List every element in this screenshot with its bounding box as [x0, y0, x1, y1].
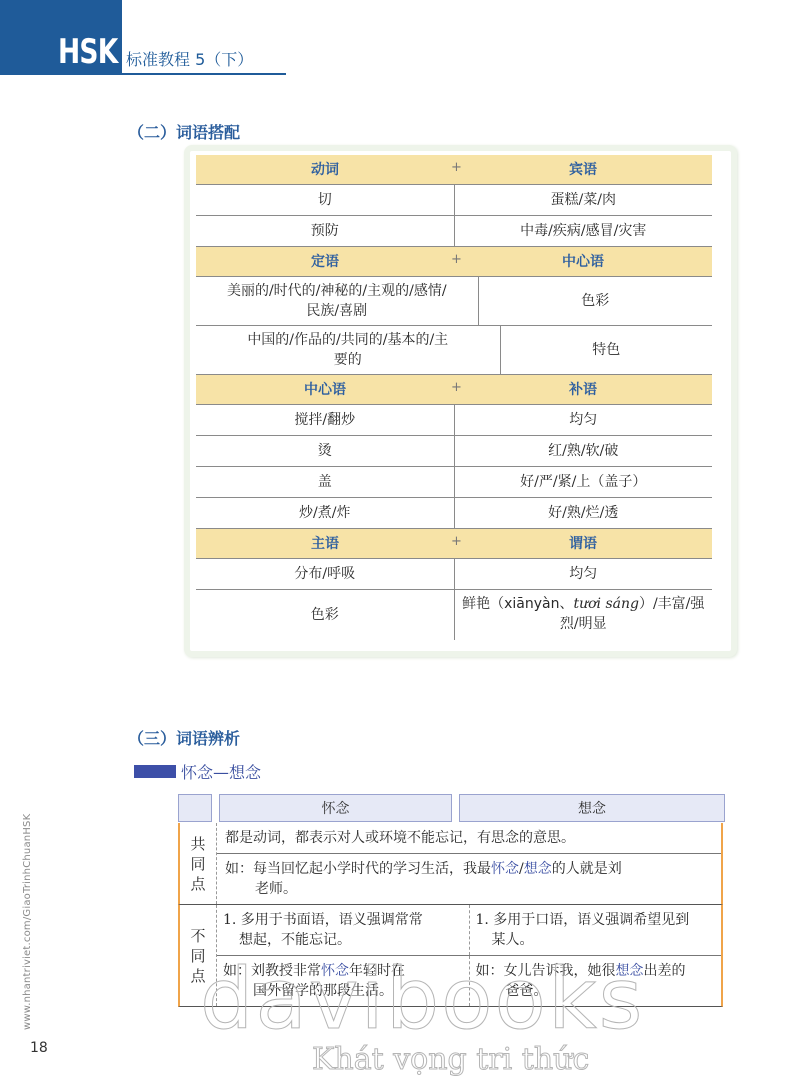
separator: 、: [559, 596, 573, 612]
cell-right: 均匀: [455, 559, 713, 589]
header-brand: HSK: [58, 32, 118, 72]
watermark-logo: davibooks: [200, 950, 644, 1048]
cell-left: 搅拌/翻炒: [196, 405, 455, 435]
desc-text: 1. 多用于书面语，语义强调常常: [223, 912, 423, 928]
vietnamese-gloss: tươi sáng: [573, 596, 639, 612]
highlight-word: 怀念: [491, 861, 519, 877]
section-title-word-analysis: （三）词语辨析: [128, 726, 240, 749]
side-url: www.nhantriviet.com/GiaoTrinhChuanHSK: [22, 814, 33, 1030]
cell-right: 色彩: [479, 277, 713, 325]
cell-left: 预防: [196, 216, 455, 246]
table-header-row: 主语 + 谓语: [196, 529, 712, 559]
table-header-row: 中心语 + 补语: [196, 375, 712, 405]
cell-left: 分布/呼吸: [196, 559, 455, 589]
header-left: 动词: [196, 160, 454, 180]
cell-left: 色彩: [196, 590, 455, 640]
subtitle-marker: [134, 765, 176, 778]
example-text: 如：每当回忆起小学时代的学习生活，我最: [225, 861, 491, 877]
table-row: 炒/煮/炸 好/熟/烂/透: [196, 498, 712, 529]
desc-text: 想起，不能忘记。: [223, 932, 351, 948]
cell-right: 特色: [501, 326, 713, 374]
header-right: 中心语: [454, 252, 712, 272]
similarity-description: 都是动词，都表示对人或环境不能忘记，有思念的意思。: [217, 823, 721, 854]
header-right: 补语: [454, 380, 712, 400]
table-header-row: 定语 + 中心语: [196, 247, 712, 277]
compare-head-left: 怀念: [219, 794, 452, 822]
label-text: 共同点: [190, 834, 206, 894]
example-text: 的人就是刘: [552, 861, 622, 877]
header-left: 定语: [196, 252, 454, 272]
section-title-collocation: （二）词语搭配: [128, 120, 240, 143]
example-text: 老师。: [225, 881, 297, 897]
header-left: 中心语: [196, 380, 454, 400]
table-row: 色彩 鲜艳（xiānyàn、tươi sáng）/丰富/强烈/明显: [196, 590, 712, 640]
cell-text: 鲜艳（: [462, 596, 504, 612]
difference-description-row: 1. 多用于书面语，语义强调常常 想起，不能忘记。 1. 多用于口语，语义强调希…: [217, 905, 721, 956]
highlight-word: 想念: [524, 861, 552, 877]
cell-right: 蛋糕/菜/肉: [455, 185, 713, 215]
plus-sign: +: [451, 534, 462, 549]
header-subtitle: 标准教程 5（下）: [126, 47, 253, 70]
similarities-label: 共同点: [180, 823, 217, 904]
cell-left: 美丽的/时代的/神秘的/主观的/感情/民族/喜剧: [196, 277, 479, 325]
difference-right: 1. 多用于口语，语义强调希望见到 某人。: [470, 905, 722, 955]
table-row: 烫 红/熟/软/破: [196, 436, 712, 467]
desc-text: 1. 多用于口语，语义强调希望见到: [476, 912, 690, 928]
header-right: 谓语: [454, 534, 712, 554]
plus-sign: +: [451, 380, 462, 395]
header-underline: [122, 73, 286, 75]
table-row: 预防 中毒/疾病/感冒/灾害: [196, 216, 712, 247]
difference-left: 1. 多用于书面语，语义强调常常 想起，不能忘记。: [217, 905, 470, 955]
header-right: 宾语: [454, 160, 712, 180]
table-row: 切 蛋糕/菜/肉: [196, 185, 712, 216]
compare-head-right: 想念: [459, 794, 725, 822]
table-row: 搅拌/翻炒 均匀: [196, 405, 712, 436]
watermark-tagline: Khát vọng tri thức: [312, 1042, 589, 1077]
cell-left: 盖: [196, 467, 455, 497]
plus-sign: +: [451, 160, 462, 175]
cell-left: 切: [196, 185, 455, 215]
pinyin-text: xiānyàn: [504, 596, 559, 612]
cell-right: 中毒/疾病/感冒/灾害: [455, 216, 713, 246]
table-row: 分布/呼吸 均匀: [196, 559, 712, 590]
similarities-group: 共同点 都是动词，都表示对人或环境不能忘记，有思念的意思。 如：每当回忆起小学时…: [178, 823, 723, 905]
cell-left: 中国的/作品的/共同的/基本的/主要的: [196, 326, 501, 374]
cell-right: 好/熟/烂/透: [455, 498, 713, 528]
similarity-example: 如：每当回忆起小学时代的学习生活，我最怀念/想念的人就是刘 老师。: [217, 854, 721, 904]
compare-corner-cell: [178, 794, 212, 822]
subtitle-word-pair: 怀念—想念: [181, 760, 261, 783]
plus-sign: +: [451, 252, 462, 267]
cell-right: 红/熟/软/破: [455, 436, 713, 466]
desc-text: 某人。: [476, 932, 534, 948]
cell-right: 鲜艳（xiānyàn、tươi sáng）/丰富/强烈/明显: [455, 590, 713, 640]
table-row: 中国的/作品的/共同的/基本的/主要的 特色: [196, 326, 712, 375]
page-number: 18: [30, 1040, 48, 1056]
cell-left: 炒/煮/炸: [196, 498, 455, 528]
cell-right: 好/严/紧/上（盖子）: [455, 467, 713, 497]
header-left: 主语: [196, 534, 454, 554]
collocation-table: 动词 + 宾语 切 蛋糕/菜/肉 预防 中毒/疾病/感冒/灾害 定语 + 中心语…: [196, 155, 712, 640]
cell-left: 烫: [196, 436, 455, 466]
cell-right: 均匀: [455, 405, 713, 435]
example-text: 出差的: [644, 963, 686, 979]
table-row: 美丽的/时代的/神秘的/主观的/感情/民族/喜剧 色彩: [196, 277, 712, 326]
table-header-row: 动词 + 宾语: [196, 155, 712, 185]
table-row: 盖 好/严/紧/上（盖子）: [196, 467, 712, 498]
